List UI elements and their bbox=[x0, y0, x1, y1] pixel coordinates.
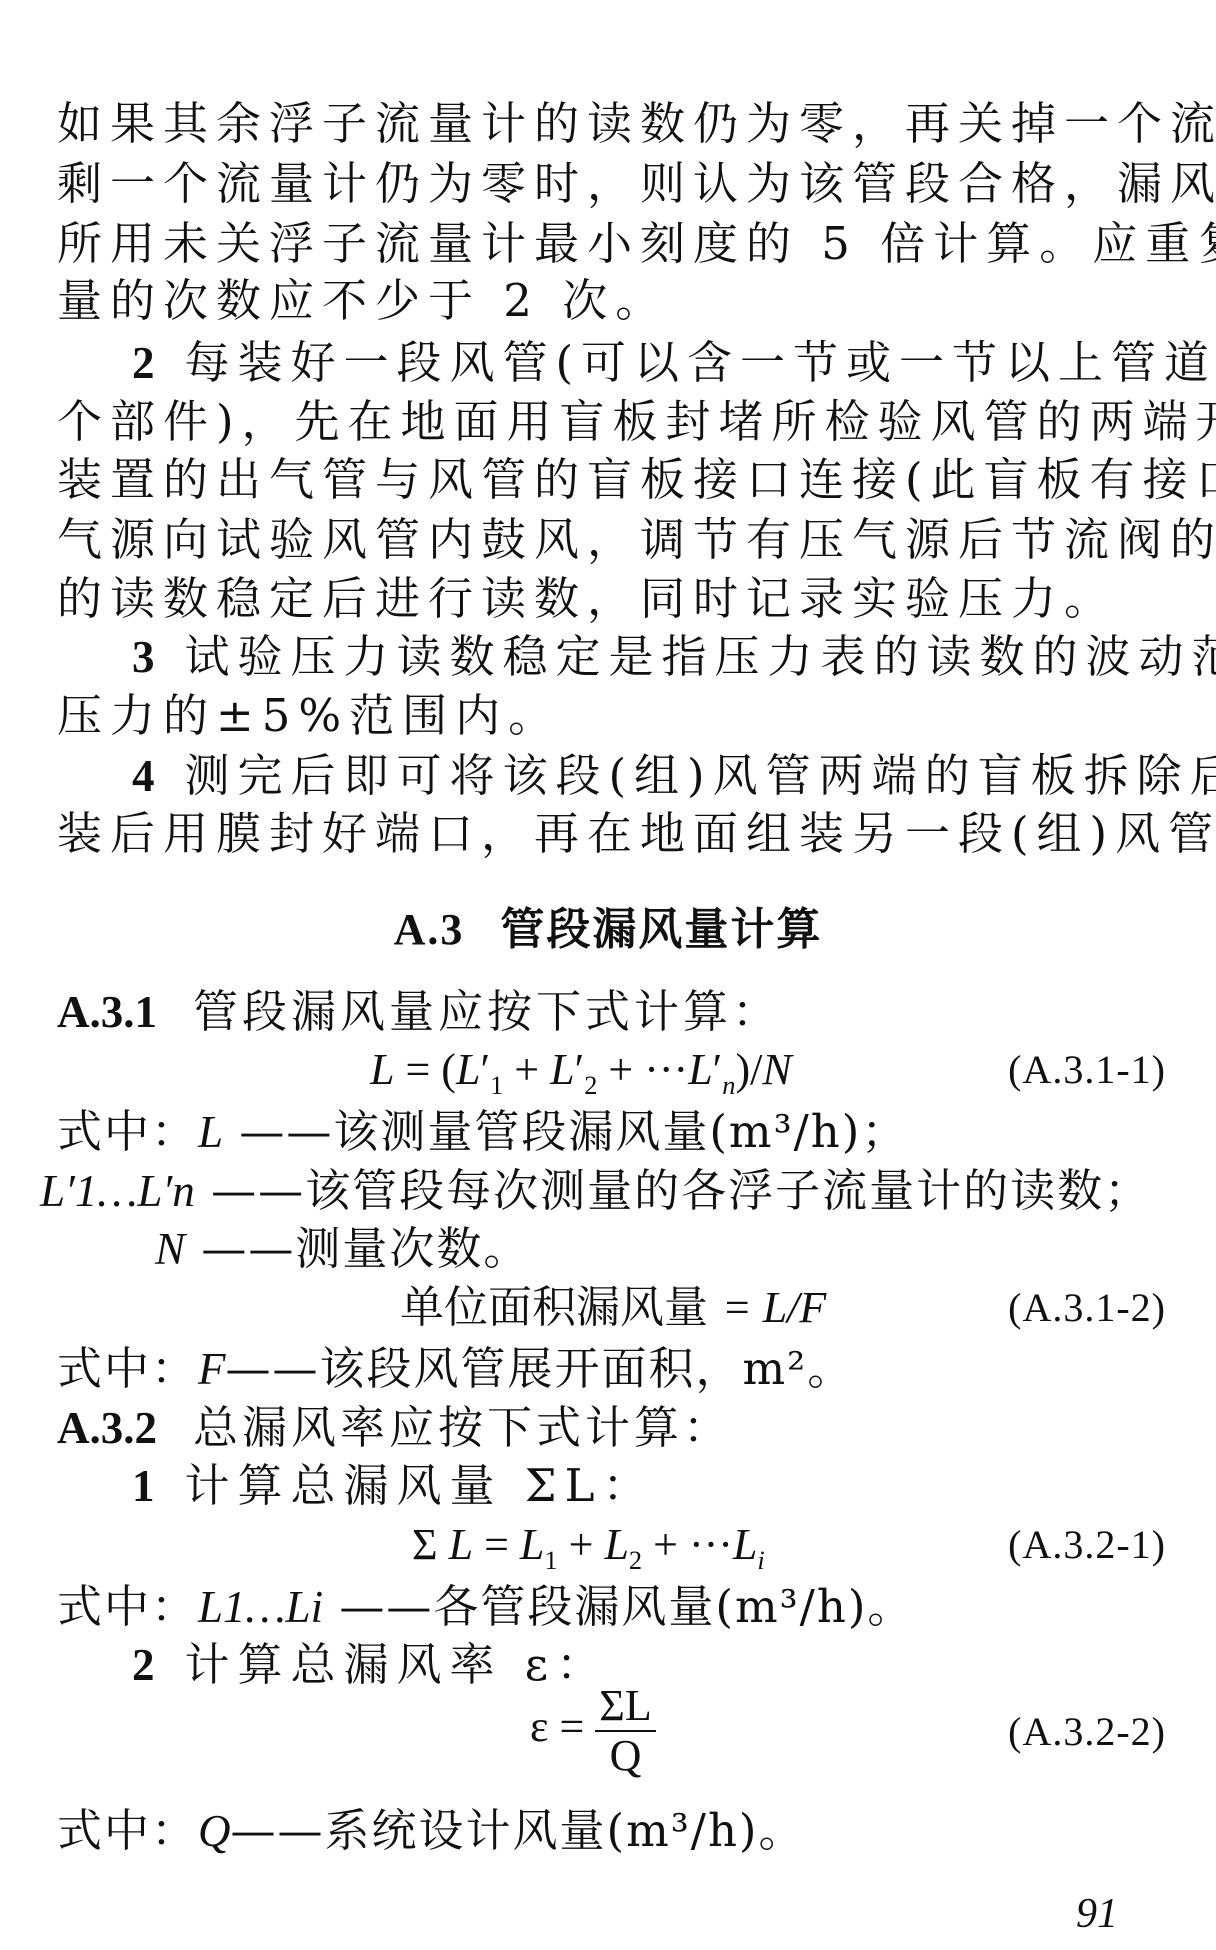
item-2-first-line: 2每装好一段风管(可以含一节或一节以上管道和一个或几 bbox=[132, 333, 1216, 393]
definition-text: ——各管段漏风量(m³/h)。 bbox=[339, 1580, 914, 1633]
where-prefix: 式中： bbox=[57, 1105, 198, 1158]
clause-text: 总漏风率应按下式计算： bbox=[193, 1401, 732, 1454]
item-3-first-line: 3试验压力读数稳定是指压力表的读数的波动范围在试验 bbox=[132, 627, 1216, 687]
fraction: ΣL Q bbox=[595, 1682, 656, 1780]
definition-text: ——该管段每次测量的各浮子流量计的读数； bbox=[211, 1164, 1151, 1217]
equation-label: (A.3.2-2) bbox=[1008, 1702, 1166, 1762]
definition-text: ——测量次数。 bbox=[201, 1222, 530, 1275]
definition-line: L′1…L′n ——该管段每次测量的各浮子流量计的读数； bbox=[40, 1161, 1151, 1221]
paragraph-line: 剩一个流量计仍为零时，则认为该管段合格，漏风量的计算可按 bbox=[57, 154, 1216, 214]
item-text: 测完后即可将该段(组)风管两端的盲板拆除后吊装，吊 bbox=[185, 749, 1216, 802]
paragraph-line: 装后用膜封好端口，再在地面组装另一段(组)风管并进行测量。 bbox=[57, 804, 1216, 864]
symbol: L′1…L′n bbox=[40, 1166, 195, 1216]
definition-text: ——该段风管展开面积，m²。 bbox=[226, 1342, 855, 1395]
where-prefix: 式中： bbox=[57, 1804, 198, 1857]
section-title: 管段漏风量计算 bbox=[500, 904, 822, 955]
symbol: L1…Li bbox=[198, 1582, 323, 1632]
equation-label: (A.3.2-1) bbox=[1008, 1515, 1166, 1575]
clause-number: A.3.2 bbox=[57, 1403, 157, 1453]
item-number: 3 bbox=[132, 632, 155, 682]
equation-a31-2: 单位面积漏风量 = L/F bbox=[400, 1278, 826, 1338]
clause-a31-heading: A.3.1管段漏风量应按下式计算： bbox=[57, 982, 781, 1042]
paragraph-line: 压力的±5%范围内。 bbox=[57, 686, 561, 746]
equation-label: (A.3.1-2) bbox=[1008, 1278, 1166, 1338]
paragraph-line: 的读数稳定后进行读数，同时记录实验压力。 bbox=[57, 569, 1117, 629]
paragraph-line: 装置的出气管与风管的盲板接口连接(此盲板有接口)。利用有压 bbox=[57, 450, 1216, 510]
definition-line: 式中：L1…Li ——各管段漏风量(m³/h)。 bbox=[57, 1577, 914, 1637]
numerator: ΣL bbox=[595, 1682, 656, 1732]
equation-lhs: 单位面积漏风量 bbox=[400, 1282, 708, 1333]
paragraph-line: 个部件)，先在地面用盲板封堵所检验风管的两端开口，将检测 bbox=[57, 392, 1216, 452]
definition-text: ——系统设计风量(m³/h)。 bbox=[231, 1804, 806, 1857]
section-number: A.3 bbox=[394, 905, 465, 954]
item-number: 4 bbox=[132, 751, 155, 801]
equation-label: (A.3.1-1) bbox=[1008, 1040, 1166, 1100]
step-number: 2 bbox=[132, 1640, 155, 1690]
section-heading: A.3管段漏风量计算 bbox=[0, 893, 1216, 957]
equation-lhs: ε = bbox=[530, 1702, 584, 1751]
item-text: 试验压力读数稳定是指压力表的读数的波动范围在试验 bbox=[185, 630, 1216, 683]
equation-a32-2: ε = ΣL Q bbox=[530, 1682, 656, 1780]
paragraph-line: 量的次数应不少于 2 次。 bbox=[57, 271, 668, 331]
paragraph-line: 如果其余浮子流量计的读数仍为零，再关掉一个流量计，直至只 bbox=[57, 94, 1216, 154]
symbol: N bbox=[155, 1224, 185, 1274]
clause-text: 管段漏风量应按下式计算： bbox=[193, 985, 781, 1038]
paragraph-line: 所用未关浮子流量计最小刻度的 5 倍计算。应重复以上操作，测 bbox=[57, 214, 1216, 274]
symbol: L bbox=[198, 1107, 223, 1157]
definition-text: ——该测量管段漏风量(m³/h)； bbox=[239, 1105, 908, 1158]
equation-rhs: = L/F bbox=[722, 1283, 826, 1332]
item-number: 2 bbox=[132, 338, 155, 388]
page-number: 91 bbox=[1076, 1890, 1118, 1938]
item-4-first-line: 4测完后即可将该段(组)风管两端的盲板拆除后吊装，吊 bbox=[132, 746, 1216, 806]
item-text: 每装好一段风管(可以含一节或一节以上管道和一个或几 bbox=[185, 336, 1216, 389]
step-number: 1 bbox=[132, 1461, 155, 1511]
definition-line: 式中：L ——该测量管段漏风量(m³/h)； bbox=[57, 1102, 908, 1162]
paragraph-line: 气源向试验风管内鼓风，调节有压气源后节流阀的开度使压力表 bbox=[57, 510, 1216, 570]
definition-line: 式中：F——该段风管展开面积，m²。 bbox=[57, 1339, 854, 1399]
symbol: F bbox=[198, 1344, 226, 1394]
definition-line: N ——测量次数。 bbox=[155, 1219, 530, 1279]
denominator: Q bbox=[595, 1732, 656, 1780]
step-1: 1计算总漏风量 ΣL： bbox=[132, 1456, 656, 1516]
definition-line: 式中：Q——系统设计风量(m³/h)。 bbox=[57, 1801, 805, 1861]
clause-a32-heading: A.3.2总漏风率应按下式计算： bbox=[57, 1398, 732, 1458]
where-prefix: 式中： bbox=[57, 1580, 198, 1633]
step-text: 计算总漏风量 ΣL： bbox=[185, 1459, 656, 1512]
clause-number: A.3.1 bbox=[57, 987, 157, 1037]
symbol: Q bbox=[198, 1806, 231, 1856]
where-prefix: 式中： bbox=[57, 1342, 198, 1395]
